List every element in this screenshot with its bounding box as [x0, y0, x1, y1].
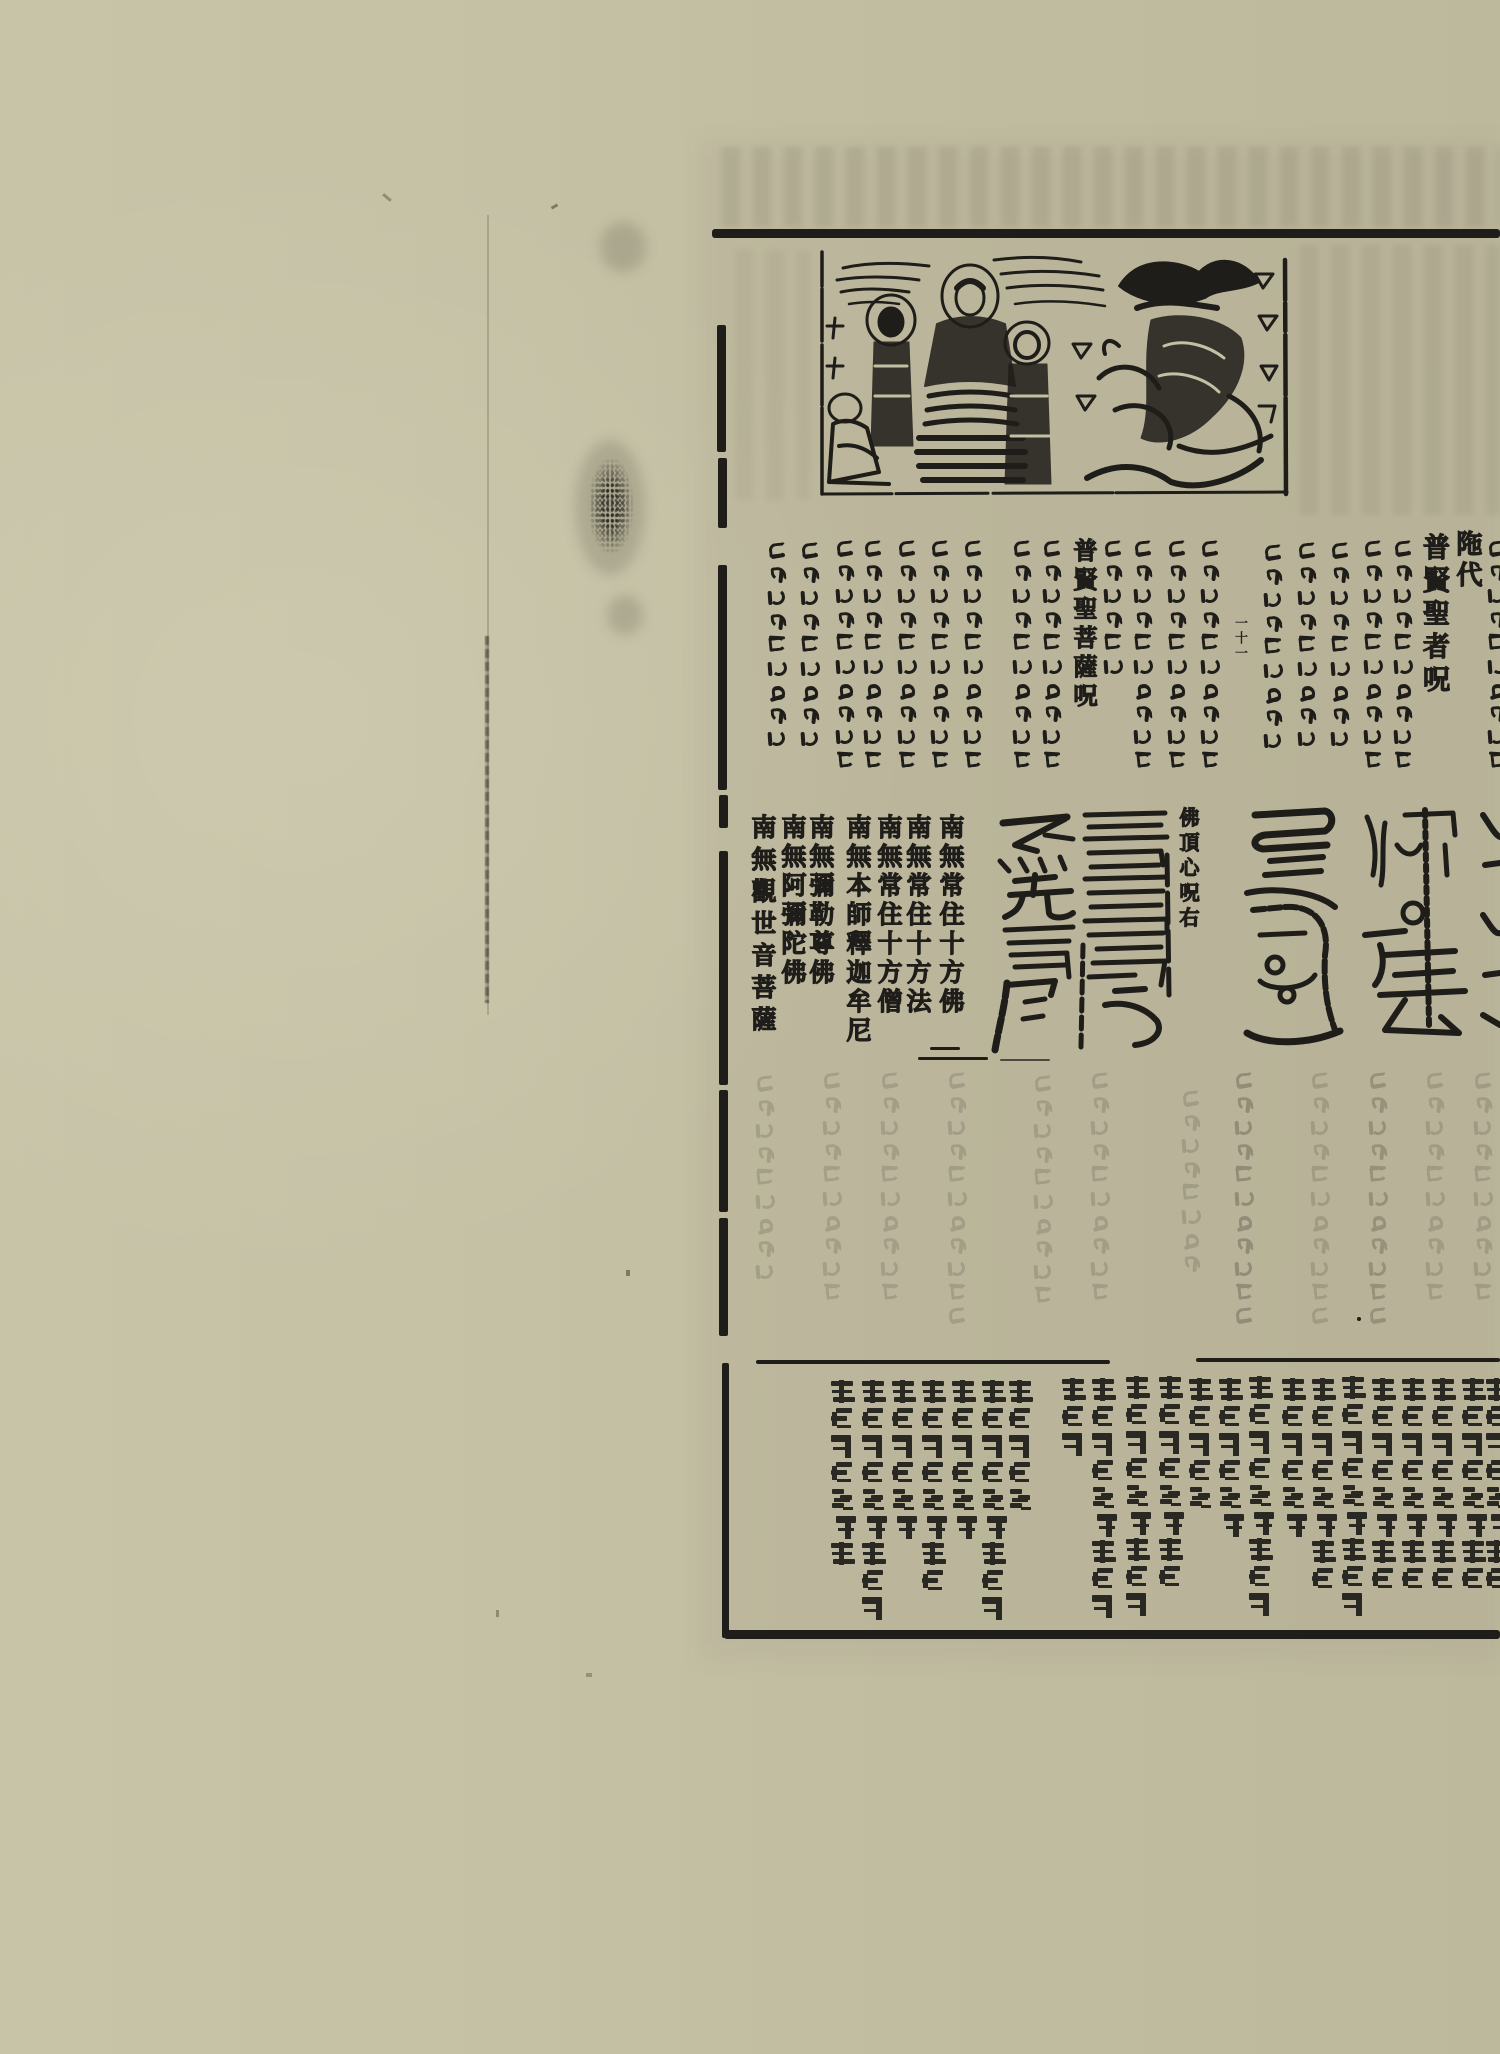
ink-glyph: [767, 542, 787, 560]
ink-glyph: [1218, 1432, 1242, 1456]
ink-glyph: [930, 658, 950, 676]
ink-glyph: [947, 1072, 967, 1090]
lower-panel-column: [1280, 1378, 1306, 1540]
ink-glyph: [1310, 1166, 1330, 1184]
stain-spot: [600, 222, 646, 272]
ink-glyph: [1042, 540, 1062, 558]
speck: [551, 203, 559, 209]
ink-glyph: [1473, 1190, 1493, 1208]
lower-panel-column: [1370, 1378, 1396, 1594]
ink-glyph: [863, 564, 883, 582]
ink-glyph: [1368, 1237, 1388, 1255]
ink-glyph: [1133, 681, 1153, 699]
siddham-column: [1039, 540, 1065, 775]
ink-glyph: [1090, 1190, 1110, 1208]
ink-glyph: [1431, 1405, 1455, 1429]
ink-glyph: [1401, 1567, 1425, 1591]
ink-glyph: [1263, 638, 1283, 656]
ink-glyph: [800, 683, 820, 701]
ink-glyph: [1461, 1378, 1485, 1402]
ink-glyph: [1091, 1459, 1115, 1483]
ink-glyph: [755, 1263, 775, 1281]
ink-glyph: [1487, 752, 1500, 770]
speck: [382, 193, 392, 202]
ink-glyph: [930, 540, 950, 558]
ink-glyph: [1200, 611, 1220, 629]
ink-glyph: [800, 566, 820, 584]
ink-glyph: [1485, 1432, 1500, 1456]
ink-glyph: [1090, 1260, 1110, 1278]
ink-glyph: [1234, 1166, 1254, 1184]
lower-panel-column: [1187, 1378, 1213, 1513]
ink-glyph: [951, 1461, 975, 1485]
ink-glyph: [1012, 658, 1032, 676]
ink-glyph: [1091, 1405, 1115, 1429]
ink-glyph: [1330, 589, 1350, 607]
ink-glyph: [1363, 564, 1383, 582]
ink-glyph: [1008, 1488, 1032, 1512]
lower-panel-column: [1007, 1380, 1033, 1515]
ink-glyph: [1263, 662, 1283, 680]
ink-glyph: [1133, 752, 1153, 770]
ink-glyph: [835, 634, 855, 652]
triangle-marker-icon: [1073, 344, 1091, 358]
ink-glyph: [1188, 1432, 1212, 1456]
ink-glyph: [1090, 1096, 1110, 1114]
ink-glyph: [930, 705, 950, 723]
ink-glyph: [822, 1119, 842, 1137]
ink-glyph: [830, 1515, 854, 1539]
stain-spot: [607, 595, 643, 635]
ink-glyph: [835, 752, 855, 770]
ink-glyph: [1263, 544, 1283, 562]
dharani-section-note: 一十一: [1231, 616, 1247, 661]
ink-glyph: [1248, 1430, 1272, 1454]
ink-glyph: [1042, 728, 1062, 746]
ink-glyph: [1167, 587, 1187, 605]
ink-glyph: [947, 1119, 967, 1137]
ink-glyph: [1090, 1119, 1110, 1137]
lower-panel-column: [829, 1380, 855, 1569]
ink-glyph: [1281, 1459, 1305, 1483]
ink-glyph: [863, 611, 883, 629]
ink-glyph: [963, 611, 983, 629]
ink-glyph: [880, 1096, 900, 1114]
ink-glyph: [1234, 1307, 1254, 1325]
ink-glyph: [963, 587, 983, 605]
ink-glyph: [1234, 1190, 1254, 1208]
ink-glyph: [1425, 1237, 1445, 1255]
ink-glyph: [861, 1515, 885, 1539]
ink-glyph: [1008, 1380, 1032, 1404]
ink-glyph: [1125, 1403, 1149, 1427]
ink-glyph: [897, 728, 917, 746]
ink-glyph: [1061, 1432, 1085, 1456]
ink-glyph: [981, 1488, 1005, 1512]
ink-glyph: [755, 1122, 775, 1140]
ink-glyph: [1090, 1072, 1110, 1090]
ink-glyph: [1042, 752, 1062, 770]
ink-glyph: [897, 540, 917, 558]
ink-glyph: [947, 1307, 967, 1325]
ink-glyph: [830, 1542, 854, 1566]
ink-glyph: [880, 1213, 900, 1231]
ink-glyph: [891, 1407, 915, 1431]
ink-glyph: [1167, 705, 1187, 723]
ink-glyph: [930, 611, 950, 629]
lower-panel-column: [1124, 1376, 1150, 1619]
ink-glyph: [861, 1542, 885, 1566]
ink-glyph: [1008, 1407, 1032, 1431]
ink-glyph: [1311, 1513, 1335, 1537]
ink-glyph: [800, 730, 820, 748]
ink-glyph: [1341, 1592, 1365, 1616]
ink-glyph: [963, 540, 983, 558]
ink-glyph: [1341, 1565, 1365, 1589]
ink-glyph: [1371, 1540, 1395, 1564]
dharani-right-title: 陁代: [1452, 530, 1482, 592]
ink-glyph: [1473, 1096, 1493, 1114]
ink-glyph: [767, 566, 787, 584]
ink-glyph: [800, 660, 820, 678]
ink-glyph: [897, 705, 917, 723]
lower-panel-column: [1310, 1378, 1336, 1594]
ink-glyph: [822, 1237, 842, 1255]
ink-glyph: [981, 1434, 1005, 1458]
ink-glyph: [897, 564, 917, 582]
ink-glyph: [1200, 728, 1220, 746]
ink-glyph: [1281, 1378, 1305, 1402]
ink-glyph: [1473, 1072, 1493, 1090]
ink-glyph: [863, 705, 883, 723]
siddham-column: [832, 540, 858, 775]
ink-glyph: [1167, 611, 1187, 629]
ink-glyph: [1368, 1190, 1388, 1208]
ink-glyph: [1461, 1432, 1485, 1456]
ink-glyph: [880, 1166, 900, 1184]
ink-glyph: [861, 1488, 885, 1512]
ink-glyph: [1234, 1284, 1254, 1302]
ink-glyph: [1263, 709, 1283, 727]
ink-glyph: [1042, 587, 1062, 605]
ink-glyph: [1133, 634, 1153, 652]
ink-glyph: [1090, 1213, 1110, 1231]
lower-panel-column: [1340, 1376, 1366, 1619]
ink-glyph: [1487, 634, 1500, 652]
dharani-main-title: 普賢聖者呪: [1418, 533, 1448, 698]
ink-glyph: [1158, 1565, 1182, 1589]
lower-panel-column: [1400, 1378, 1426, 1594]
ink-glyph: [1368, 1096, 1388, 1114]
ink-glyph: [1368, 1260, 1388, 1278]
ink-glyph: [1341, 1484, 1365, 1508]
ink-glyph: [1363, 681, 1383, 699]
ink-glyph: [1012, 728, 1032, 746]
ink-glyph: [1393, 658, 1413, 676]
lower-panel-column: [920, 1380, 946, 1596]
ink-glyph: [1234, 1119, 1254, 1137]
ink-glyph: [755, 1216, 775, 1234]
ink-glyph: [1033, 1287, 1053, 1305]
ink-glyph: [1167, 752, 1187, 770]
ink-glyph: [951, 1515, 975, 1539]
ink-glyph: [1012, 564, 1032, 582]
ink-glyph: [1425, 1284, 1445, 1302]
bleed-through-column: [944, 1072, 970, 1331]
ink-glyph: [1368, 1166, 1388, 1184]
ink-glyph: [1310, 1096, 1330, 1114]
ink-glyph: [1248, 1511, 1272, 1535]
ink-glyph: [830, 1434, 854, 1458]
ink-glyph: [1485, 1459, 1500, 1483]
ink-glyph: [880, 1237, 900, 1255]
ink-glyph: [1368, 1213, 1388, 1231]
ink-glyph: [1181, 1255, 1201, 1273]
ink-glyph: [1363, 658, 1383, 676]
lower-panel-column: [1157, 1376, 1183, 1592]
ink-glyph: [963, 752, 983, 770]
ink-glyph: [1091, 1594, 1115, 1618]
ink-glyph: [891, 1515, 915, 1539]
ink-glyph: [767, 636, 787, 654]
ink-glyph: [1341, 1511, 1365, 1535]
ink-glyph: [1363, 611, 1383, 629]
ink-glyph: [755, 1169, 775, 1187]
top-border-rule: [712, 229, 1500, 238]
ink-glyph: [1133, 587, 1153, 605]
ink-glyph: [947, 1284, 967, 1302]
ink-glyph: [1371, 1405, 1395, 1429]
ink-glyph: [947, 1213, 967, 1231]
ink-glyph: [1401, 1540, 1425, 1564]
ink-glyph: [1234, 1237, 1254, 1255]
ink-glyph: [880, 1119, 900, 1137]
ink-glyph: [930, 634, 950, 652]
ink-glyph: [1200, 658, 1220, 676]
ink-glyph: [822, 1072, 842, 1090]
ink-glyph: [951, 1434, 975, 1458]
ink-glyph: [1371, 1432, 1395, 1456]
lower-panel-column: [1484, 1378, 1500, 1594]
ink-glyph: [1297, 542, 1317, 560]
ink-glyph: [835, 611, 855, 629]
ink-glyph: [1371, 1513, 1395, 1537]
invocation-line: 南無阿彌陀佛: [777, 814, 807, 988]
ink-glyph: [947, 1260, 967, 1278]
ink-glyph: [1425, 1213, 1445, 1231]
siddham-column: [1164, 540, 1190, 775]
ink-glyph: [921, 1380, 945, 1404]
siddham-column: [927, 540, 953, 775]
ink-glyph: [767, 660, 787, 678]
ink-glyph: [1487, 540, 1500, 558]
ink-glyph: [1311, 1486, 1335, 1510]
speck: [496, 1610, 499, 1617]
ink-glyph: [863, 681, 883, 699]
ink-glyph: [1341, 1403, 1365, 1427]
ink-glyph: [1368, 1119, 1388, 1137]
ink-glyph: [1167, 681, 1187, 699]
ink-glyph: [981, 1596, 1005, 1620]
ink-glyph: [1158, 1403, 1182, 1427]
ink-glyph: [1103, 587, 1123, 605]
ink-glyph: [1310, 1284, 1330, 1302]
ink-glyph: [1125, 1376, 1149, 1400]
ink-glyph: [1200, 705, 1220, 723]
ink-glyph: [1371, 1378, 1395, 1402]
ink-glyph: [1485, 1540, 1500, 1564]
siddham-column: [860, 540, 886, 775]
ink-glyph: [1393, 752, 1413, 770]
ink-glyph: [830, 1461, 854, 1485]
ink-glyph: [1091, 1486, 1115, 1510]
bleed-through-column: [752, 1075, 778, 1287]
ink-glyph: [1311, 1432, 1335, 1456]
ink-glyph: [1033, 1216, 1053, 1234]
ink-glyph: [1473, 1213, 1493, 1231]
left-border-rule: [712, 320, 734, 1645]
ink-glyph: [1158, 1430, 1182, 1454]
ink-glyph: [1188, 1378, 1212, 1402]
ink-glyph: [1363, 752, 1383, 770]
ink-glyph: [1297, 636, 1317, 654]
ink-glyph: [930, 587, 950, 605]
siddham-column: [1260, 544, 1286, 756]
ink-glyph: [1125, 1592, 1149, 1616]
ink-glyph: [897, 634, 917, 652]
ink-glyph: [1125, 1538, 1149, 1562]
ink-glyph: [1218, 1405, 1242, 1429]
ink-glyph: [755, 1099, 775, 1117]
ink-glyph: [1368, 1143, 1388, 1161]
ink-glyph: [963, 564, 983, 582]
deity-crown: [1119, 261, 1259, 304]
invocation-line: 南無彌勒尊佛: [805, 814, 835, 988]
ink-glyph: [1042, 705, 1062, 723]
fold-line-dark: [485, 636, 489, 1003]
ink-glyph: [1091, 1540, 1115, 1564]
ink-glyph: [1393, 705, 1413, 723]
ink-glyph: [1473, 1237, 1493, 1255]
ink-glyph: [1033, 1240, 1053, 1258]
ink-glyph: [1133, 564, 1153, 582]
ink-glyph: [861, 1569, 885, 1593]
ink-glyph: [1234, 1260, 1254, 1278]
ink-glyph: [800, 636, 820, 654]
underline-mark: [918, 1057, 988, 1060]
siddham-column: [894, 540, 920, 775]
ink-glyph: [1425, 1166, 1445, 1184]
ink-glyph: [1125, 1565, 1149, 1589]
ink-glyph: [1103, 611, 1123, 629]
ink-glyph: [1473, 1119, 1493, 1137]
lower-panel-column: [890, 1380, 916, 1542]
siddham-column: [1360, 540, 1386, 775]
ink-glyph: [1485, 1567, 1500, 1591]
ink-glyph: [1393, 540, 1413, 558]
ink-glyph: [755, 1193, 775, 1211]
ink-glyph: [1091, 1378, 1115, 1402]
ink-glyph: [951, 1380, 975, 1404]
ink-glyph: [1393, 587, 1413, 605]
ink-glyph: [1363, 728, 1383, 746]
ink-glyph: [1431, 1567, 1455, 1591]
siddham-column: [1100, 540, 1126, 681]
ink-glyph: [800, 613, 820, 631]
ink-glyph: [1181, 1114, 1201, 1132]
lower-panel-column: [950, 1380, 976, 1542]
ink-glyph: [1012, 681, 1032, 699]
ink-glyph: [1401, 1513, 1425, 1537]
invocation-line: 南無本師釋迦牟尼: [842, 814, 872, 1046]
ink-glyph: [822, 1260, 842, 1278]
ink-glyph: [1042, 634, 1062, 652]
ink-glyph: [863, 752, 883, 770]
bleed-through-column: [1030, 1075, 1056, 1310]
invocation-line: 南無常住十方佛: [935, 814, 965, 1017]
ink-glyph: [1310, 1072, 1330, 1090]
ink-glyph: [1248, 1484, 1272, 1508]
ink-glyph: [1200, 540, 1220, 558]
ink-glyph: [1033, 1146, 1053, 1164]
ink-glyph: [835, 658, 855, 676]
ink-glyph: [1008, 1461, 1032, 1485]
ink-glyph: [1311, 1378, 1335, 1402]
ink-glyph: [1091, 1567, 1115, 1591]
bleed-through-top: [722, 147, 1500, 227]
ink-glyph: [1061, 1378, 1085, 1402]
ink-glyph: [1431, 1459, 1455, 1483]
ink-glyph: [1281, 1486, 1305, 1510]
ink-glyph: [767, 683, 787, 701]
ink-glyph: [1218, 1486, 1242, 1510]
ink-glyph: [1103, 658, 1123, 676]
deity-body: [1141, 316, 1244, 442]
ink-glyph: [861, 1461, 885, 1485]
ink-glyph: [1431, 1486, 1455, 1510]
ink-glyph: [822, 1143, 842, 1161]
ink-glyph: [1363, 540, 1383, 558]
ink-glyph: [1012, 587, 1032, 605]
ink-glyph: [1330, 660, 1350, 678]
ink-glyph: [1103, 564, 1123, 582]
ink-dot: [1357, 1317, 1361, 1321]
siddham-column: [1009, 540, 1035, 775]
ink-glyph: [1473, 1260, 1493, 1278]
ink-glyph: [951, 1488, 975, 1512]
ink-glyph: [951, 1407, 975, 1431]
ink-glyph: [1310, 1190, 1330, 1208]
ink-glyph: [822, 1284, 842, 1302]
ink-glyph: [963, 728, 983, 746]
bleed-through-right: [1300, 245, 1500, 515]
ink-glyph: [1297, 707, 1317, 725]
ink-glyph: [947, 1143, 967, 1161]
ink-glyph: [1461, 1486, 1485, 1510]
ink-glyph: [1263, 568, 1283, 586]
ink-glyph: [1200, 752, 1220, 770]
lower-panel-column: [1217, 1378, 1243, 1540]
ink-glyph: [897, 658, 917, 676]
ink-glyph: [1461, 1540, 1485, 1564]
woodcut-illustration: [819, 246, 1291, 498]
ink-glyph: [1487, 658, 1500, 676]
ink-glyph: [1133, 611, 1153, 629]
ink-glyph: [1125, 1457, 1149, 1481]
ink-glyph: [1425, 1119, 1445, 1137]
ink-glyph: [1012, 752, 1032, 770]
ink-glyph: [1431, 1513, 1455, 1537]
